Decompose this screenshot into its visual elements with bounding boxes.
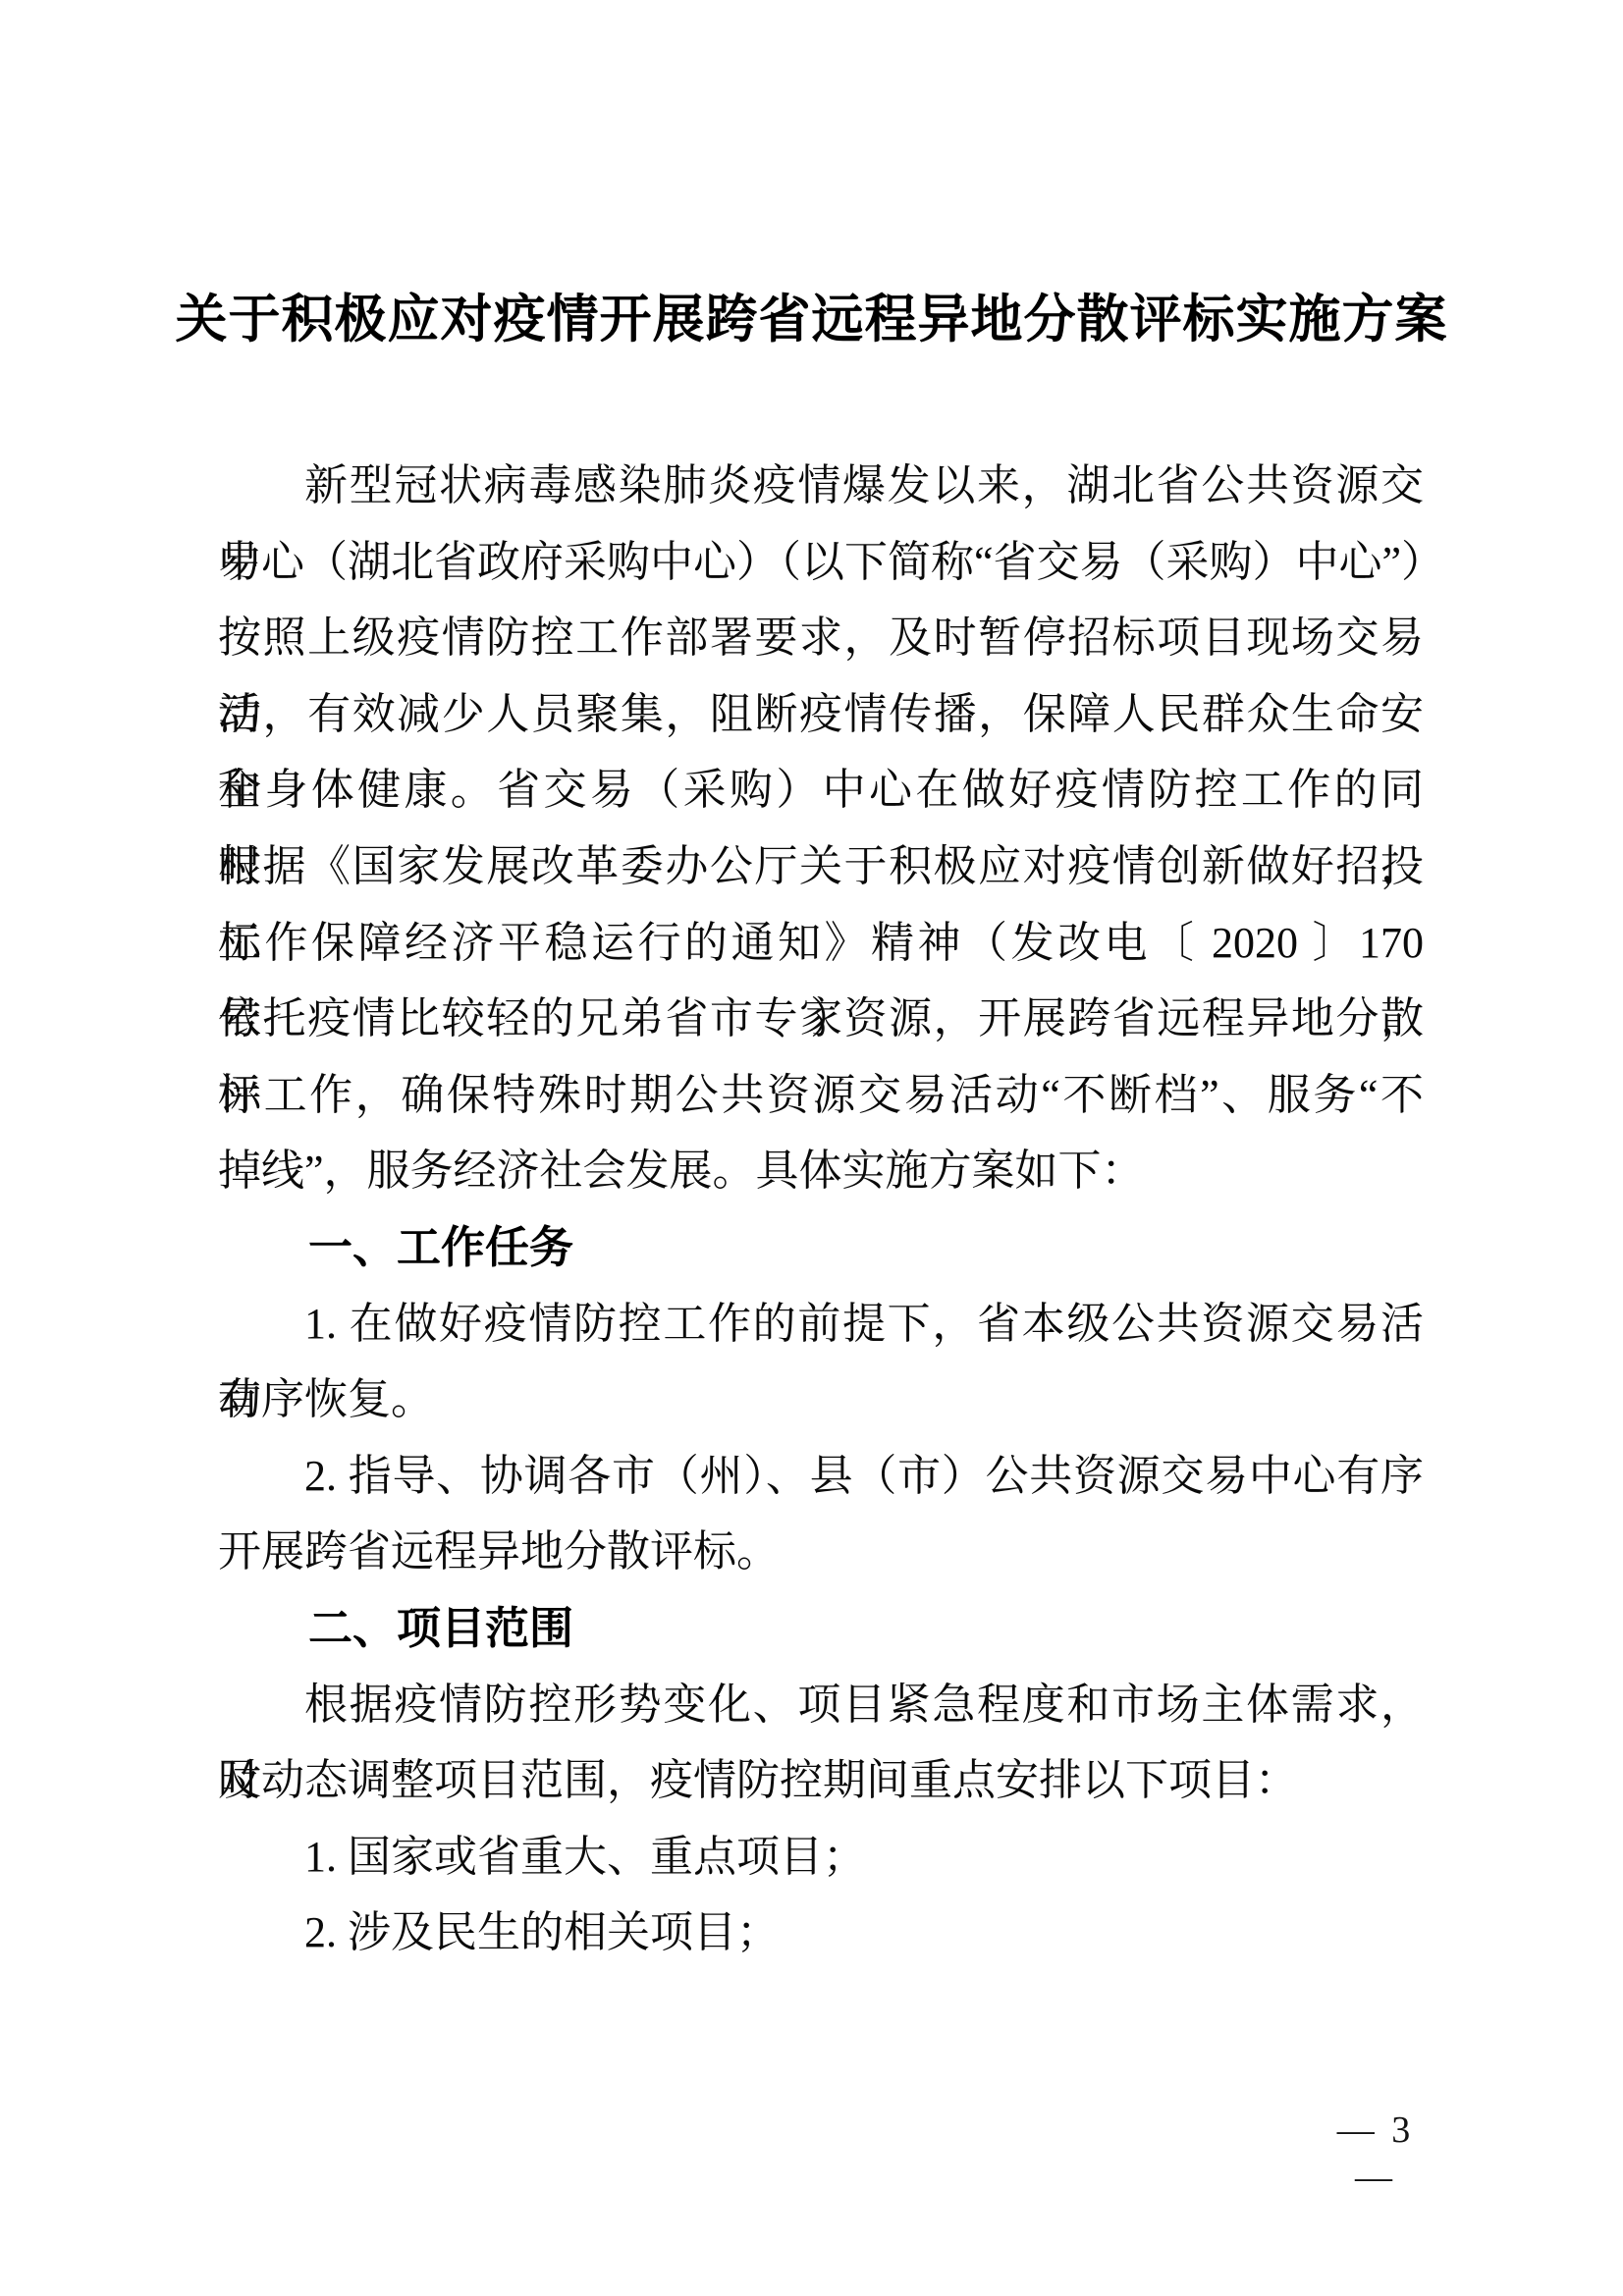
body-line: 2. 涉及民生的相关项目； [218, 1895, 1424, 1971]
body-line: 和身体健康。省交易（采购）中心在做好疫情防控工作的同时， [218, 752, 1424, 828]
body-line: 1. 国家或省重大、重点项目； [218, 1819, 1424, 1896]
page-number: — 3 — [1312, 2107, 1439, 2201]
document-page: 关于积极应对疫情开展跨省远程异地分散评标实施方案 新型冠状病毒感染肺炎疫情爆发以… [0, 0, 1623, 2296]
body-line: 有序恢复。 [218, 1362, 1424, 1438]
body-line: 动，有效减少人员聚集，阻断疫情传播，保障人民群众生命安全 [218, 676, 1424, 753]
body-line: 按照上级疫情防控工作部署要求，及时暂停招标项目现场交易活 [218, 600, 1424, 676]
document-body: 新型冠状病毒感染肺炎疫情爆发以来，湖北省公共资源交易 中心（湖北省政府采购中心）… [218, 448, 1424, 1971]
body-line: 根据《国家发展改革委办公厅关于积极应对疫情创新做好招投标 [218, 828, 1424, 905]
body-line: 开展跨省远程异地分散评标。 [218, 1514, 1424, 1590]
body-line: 中心（湖北省政府采购中心）（以下简称“省交易（采购）中心”） [218, 524, 1424, 601]
body-line: 新型冠状病毒感染肺炎疫情爆发以来，湖北省公共资源交易 [218, 448, 1424, 524]
body-line: 工作保障经济平稳运行的通知》精神（发改电〔 2020 〕170 号）， [218, 905, 1424, 982]
section-heading-work-tasks: 一、工作任务 [218, 1209, 1424, 1286]
body-line: 2. 指导、协调各市（州）、县（市）公共资源交易中心有序 [218, 1438, 1424, 1515]
body-line: 1. 在做好疫情防控工作的前提下，省本级公共资源交易活动 [218, 1286, 1424, 1362]
body-line: 标工作，确保特殊时期公共资源交易活动“不断档”、服务“不 [218, 1057, 1424, 1134]
body-line: 根据疫情防控形势变化、项目紧急程度和市场主体需求，及 [218, 1667, 1424, 1743]
section-heading-project-scope: 二、项目范围 [218, 1590, 1424, 1667]
body-line: 依托疫情比较轻的兄弟省市专家资源，开展跨省远程异地分散评 [218, 981, 1424, 1057]
document-title: 关于积极应对疫情开展跨省远程异地分散评标实施方案 [0, 289, 1623, 351]
body-line: 掉线”，服务经济社会发展。具体实施方案如下： [218, 1133, 1424, 1209]
body-line: 时动态调整项目范围，疫情防控期间重点安排以下项目： [218, 1742, 1424, 1819]
